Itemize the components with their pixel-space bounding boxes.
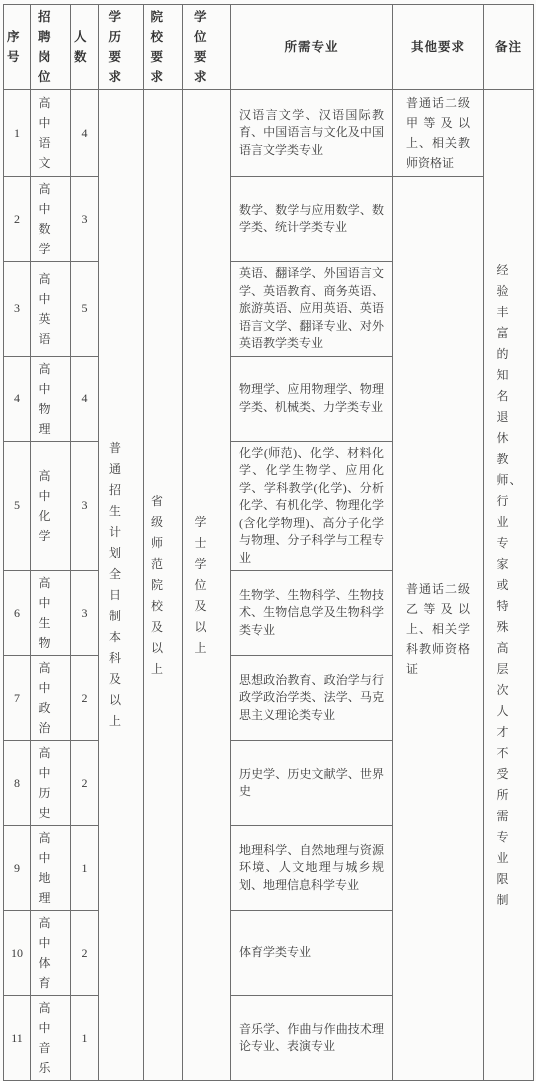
recruitment-table-page: 序号 招聘岗位 人数 学历要求 院校要求 学位要求 所需专业 其他要求 备注 1… <box>0 0 536 768</box>
cell-count: 3 <box>71 571 99 656</box>
header-row: 序号 招聘岗位 人数 学历要求 院校要求 学位要求 所需专业 其他要求 备注 <box>4 5 534 90</box>
cell-seq: 6 <box>4 571 31 656</box>
col-header-post: 招聘岗位 <box>31 5 71 90</box>
cell-seq: 11 <box>4 996 31 1081</box>
cell-count: 3 <box>71 441 99 571</box>
col-header-majors: 所需专业 <box>231 5 393 90</box>
cell-post: 高中数学 <box>31 177 71 262</box>
cell-majors: 地理科学、自然地理与资源环境、人文地理与城乡规划、地理信息科学专业 <box>231 826 393 911</box>
cell-count: 5 <box>71 262 99 357</box>
col-header-education: 学历要求 <box>99 5 144 90</box>
cell-post: 高中地理 <box>31 826 71 911</box>
cell-count: 3 <box>71 177 99 262</box>
cell-majors: 体育学类专业 <box>231 911 393 996</box>
col-header-degree: 学位要求 <box>183 5 231 90</box>
col-header-seq: 序号 <box>4 5 31 90</box>
cell-majors: 生物学、生物科学、生物技术、生物信息学及生物科学类专业 <box>231 571 393 656</box>
cell-seq: 2 <box>4 177 31 262</box>
col-header-count: 人数 <box>71 5 99 90</box>
cell-remarks: 经验丰富的知名退休教师、行业专家或特殊高层次人才不受所需专业限制 <box>484 90 534 1081</box>
cell-post: 高中历史 <box>31 741 71 826</box>
cell-count: 4 <box>71 356 99 441</box>
cell-institution-requirement: 省级师范院校及以上 <box>144 90 183 1081</box>
cell-count: 4 <box>71 90 99 177</box>
cell-count: 1 <box>71 996 99 1081</box>
cell-majors: 化学(师范)、化学、材料化学、化学生物学、应用化学、学科教学(化学)、分析化学、… <box>231 441 393 571</box>
cell-post: 高中音乐 <box>31 996 71 1081</box>
cell-post: 高中政治 <box>31 656 71 741</box>
cell-education-requirement: 普通招生计划全日制本科及以上 <box>99 90 144 1081</box>
cell-seq: 3 <box>4 262 31 357</box>
cell-post: 高中体育 <box>31 911 71 996</box>
cell-post: 高中英语 <box>31 262 71 357</box>
cell-majors: 英语、翻译学、外国语言文学、英语教育、商务英语、旅游英语、应用英语、英语语言文学… <box>231 262 393 357</box>
table-row: 1 高中语文 4 普通招生计划全日制本科及以上 省级师范院校及以上 学士学位及以… <box>4 90 534 177</box>
cell-post: 高中生物 <box>31 571 71 656</box>
cell-post: 高中物理 <box>31 356 71 441</box>
cell-count: 2 <box>71 911 99 996</box>
cell-other-requirement-row1: 普通话二级甲等及以上、相关教师资格证 <box>393 90 484 177</box>
col-header-institution: 院校要求 <box>144 5 183 90</box>
cell-majors: 物理学、应用物理学、物理学类、机械类、力学类专业 <box>231 356 393 441</box>
cell-seq: 1 <box>4 90 31 177</box>
cell-seq: 8 <box>4 741 31 826</box>
table-row: 2 高中数学 3 数学、数学与应用数学、数学类、统计学类专业 普通话二级乙等及以… <box>4 177 534 262</box>
cell-seq: 9 <box>4 826 31 911</box>
cell-post: 高中语文 <box>31 90 71 177</box>
cell-degree-requirement: 学士学位及以上 <box>183 90 231 1081</box>
col-header-remarks: 备注 <box>484 5 534 90</box>
cell-majors: 音乐学、作曲与作曲技术理论专业、表演专业 <box>231 996 393 1081</box>
cell-seq: 10 <box>4 911 31 996</box>
cell-count: 1 <box>71 826 99 911</box>
recruitment-table: 序号 招聘岗位 人数 学历要求 院校要求 学位要求 所需专业 其他要求 备注 1… <box>3 4 534 1081</box>
cell-majors: 汉语言文学、汉语国际教育、中国语言与文化及中国语言文学类专业 <box>231 90 393 177</box>
cell-other-requirement-rest: 普通话二级乙等及以上、相关学科教师资格证 <box>393 177 484 1081</box>
cell-majors: 数学、数学与应用数学、数学类、统计学类专业 <box>231 177 393 262</box>
cell-seq: 7 <box>4 656 31 741</box>
cell-majors: 思想政治教育、政治学与行政学政治学类、法学、马克思主义理论类专业 <box>231 656 393 741</box>
cell-seq: 5 <box>4 441 31 571</box>
cell-majors: 历史学、历史文献学、世界史 <box>231 741 393 826</box>
cell-post: 高中化学 <box>31 441 71 571</box>
cell-seq: 4 <box>4 356 31 441</box>
col-header-other: 其他要求 <box>393 5 484 90</box>
cell-count: 2 <box>71 741 99 826</box>
cell-count: 2 <box>71 656 99 741</box>
